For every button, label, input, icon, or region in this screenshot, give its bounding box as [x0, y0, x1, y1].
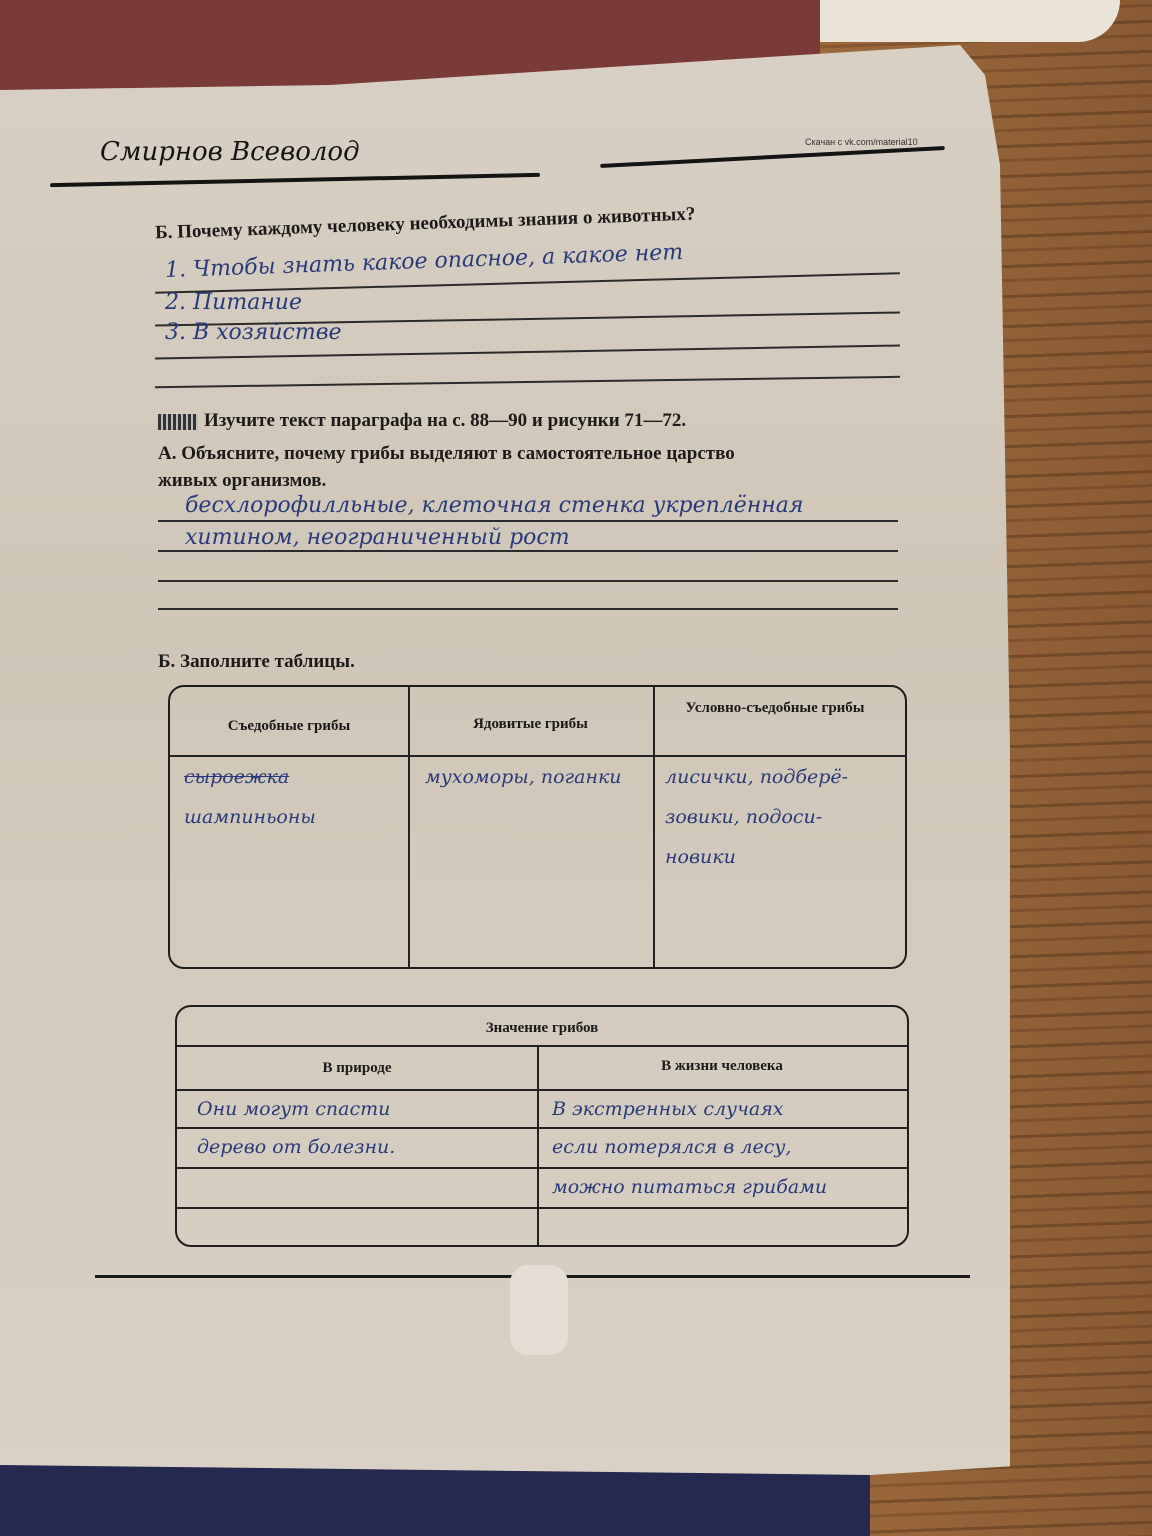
answer-a-line-1: бесхлорофилльные, клеточная стенка укреп…	[185, 493, 803, 518]
fungi-importance-table: Значение грибов В природе В жизни челове…	[175, 1005, 909, 1247]
col-divider	[653, 687, 655, 967]
instruction-text: Изучите текст параграфа на с. 88—90 и ри…	[158, 410, 686, 432]
title-divider	[177, 1045, 907, 1047]
header-rule-left	[50, 173, 540, 187]
answer-line	[155, 344, 900, 359]
table-title: Значение грибов	[177, 1019, 907, 1037]
answer-line	[158, 520, 898, 522]
answer-line	[155, 376, 900, 388]
question-a-line-2: живых организмов.	[158, 470, 326, 492]
nature-line-1: Они могут спасти	[197, 1089, 390, 1129]
nature-line-2: дерево от болезни.	[197, 1127, 395, 1167]
instruction-label: Изучите текст параграфа на с. 88—90 и ри…	[204, 410, 686, 431]
answer-line	[158, 608, 898, 610]
paper-reflection	[510, 1265, 568, 1355]
cell-edible: сыроежка шампиньоны	[184, 757, 399, 837]
human-line-2: если потерялся в лесу,	[552, 1127, 791, 1167]
header-nature: В природе	[177, 1059, 537, 1077]
question-b-animals: Б. Почему каждому человеку необходимы зн…	[155, 204, 696, 245]
header-edible: Съедобные грибы	[170, 717, 408, 735]
question-b-tables: Б. Заполните таблицы.	[158, 651, 355, 673]
answer-b-line-2: 2. Питание	[165, 290, 302, 315]
question-a-line-1: А. Объясните, почему грибы выделяют в са…	[158, 443, 735, 465]
student-name: Смирнов Всеволод	[100, 137, 360, 167]
cell-poisonous: мухоморы, поганки	[425, 757, 640, 797]
answer-b-line-3: 3. В хозяйстве	[165, 320, 342, 345]
cell-conditionally-edible: лисички, подберё-зовики, подоси-новики	[665, 757, 890, 877]
header-poisonous: Ядовитые грибы	[408, 715, 653, 733]
answer-a-line-2: хитином, неограниченный рост	[185, 525, 570, 550]
answer-line	[158, 550, 898, 552]
human-line-3: можно питаться грибами	[552, 1167, 827, 1207]
col-divider	[537, 1045, 539, 1245]
header-rule-right	[600, 146, 945, 168]
human-line-1: В экстренных случаях	[552, 1089, 784, 1129]
book-qr-icon	[158, 414, 198, 430]
fungi-types-table: Съедобные грибы Ядовитые грибы Условно-с…	[168, 685, 907, 969]
cell-edible-text: шампиньоны	[184, 797, 399, 837]
row-line	[177, 1207, 907, 1209]
struck-word: сыроежка	[184, 757, 399, 797]
white-object	[820, 0, 1120, 42]
worksheet-page: Смирнов Всеволод Скачан с vk.com/materia…	[0, 45, 1010, 1475]
header-human-life: В жизни человека	[537, 1057, 907, 1075]
watermark-text: Скачан с vk.com/material10	[805, 137, 918, 147]
answer-line	[158, 580, 898, 582]
header-conditionally-edible: Условно-съедобные грибы	[675, 699, 875, 717]
answer-b-line-1: 1. Чтобы знать какое опасное, а какое не…	[165, 240, 684, 283]
